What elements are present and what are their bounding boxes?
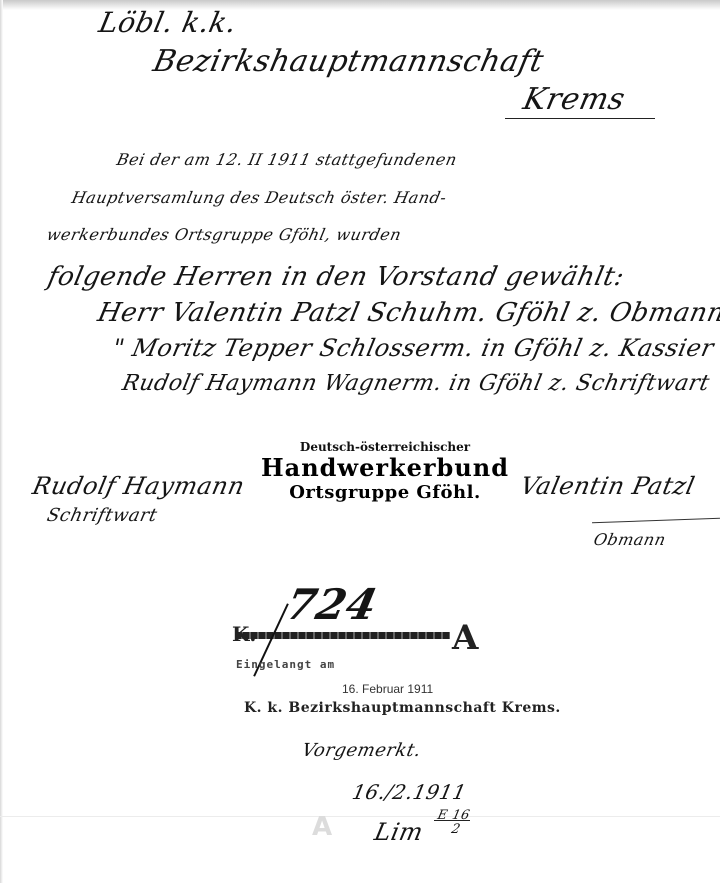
association-stamp-line3: Ortsgruppe Gföhl. bbox=[250, 482, 520, 503]
address-salutation: Löbl. k.k. bbox=[96, 6, 240, 39]
body-line-3: werkerbundes Ortsgruppe Gföhl, wurden bbox=[45, 225, 403, 244]
board-member-treasurer: " Moritz Tepper Schlosserm. in Gföhl z. … bbox=[110, 334, 717, 362]
address-underline bbox=[505, 118, 655, 119]
signature-secretary-role: Schriftwart bbox=[45, 505, 159, 526]
signature-secretary-name: Rudolf Haymann bbox=[30, 472, 247, 500]
receipt-number: 724 bbox=[282, 580, 382, 629]
receipt-stamp-received: Eingelangt am bbox=[236, 658, 335, 671]
association-stamp: Deutsch-österreichischer Handwerkerbund … bbox=[250, 440, 520, 503]
faint-letter-mark: A bbox=[312, 812, 332, 842]
board-member-chairman: Herr Valentin Patzl Schuhm. Gföhl z. Obm… bbox=[95, 298, 720, 328]
address-authority: Bezirkshauptmannschaft bbox=[150, 44, 547, 79]
receipt-stamp-suffix: A bbox=[452, 618, 478, 658]
annotation-initials: Lim bbox=[372, 818, 426, 846]
receipt-stamp-date: 16. Februar 1911 bbox=[342, 682, 433, 696]
body-line-1: Bei der am 12. II 1911 stattgefundenen bbox=[115, 150, 459, 169]
paper-fold-line bbox=[0, 816, 720, 817]
scan-left-edge bbox=[0, 0, 3, 883]
signature-chairman-line bbox=[592, 518, 720, 523]
receipt-stamp-bar bbox=[235, 632, 450, 639]
annotation-fraction-line bbox=[434, 820, 470, 821]
association-stamp-line1: Deutsch-österreichischer bbox=[250, 440, 520, 454]
address-city: Krems bbox=[520, 82, 628, 117]
annotation-date: 16./2.1911 bbox=[350, 780, 469, 804]
receipt-stamp-office: K. k. Bezirkshauptmannschaft Krems. bbox=[244, 700, 561, 716]
annotation-noted: Vorgemerkt. bbox=[300, 740, 423, 761]
annotation-fraction-bottom: 2 bbox=[450, 822, 462, 837]
association-stamp-line2: Handwerkerbund bbox=[250, 454, 520, 482]
signature-chairman-role: Obmann bbox=[592, 530, 668, 549]
body-line-2: Hauptversamlung des Deutsch öster. Hand- bbox=[70, 188, 448, 207]
receipt-stamp-prefix: K. bbox=[232, 622, 256, 646]
body-line-4: folgende Herren in den Vorstand gewählt: bbox=[45, 262, 627, 292]
board-member-secretary: Rudolf Haymann Wagnerm. in Gföhl z. Schr… bbox=[120, 371, 712, 396]
signature-chairman-name: Valentin Patzl bbox=[518, 472, 697, 500]
